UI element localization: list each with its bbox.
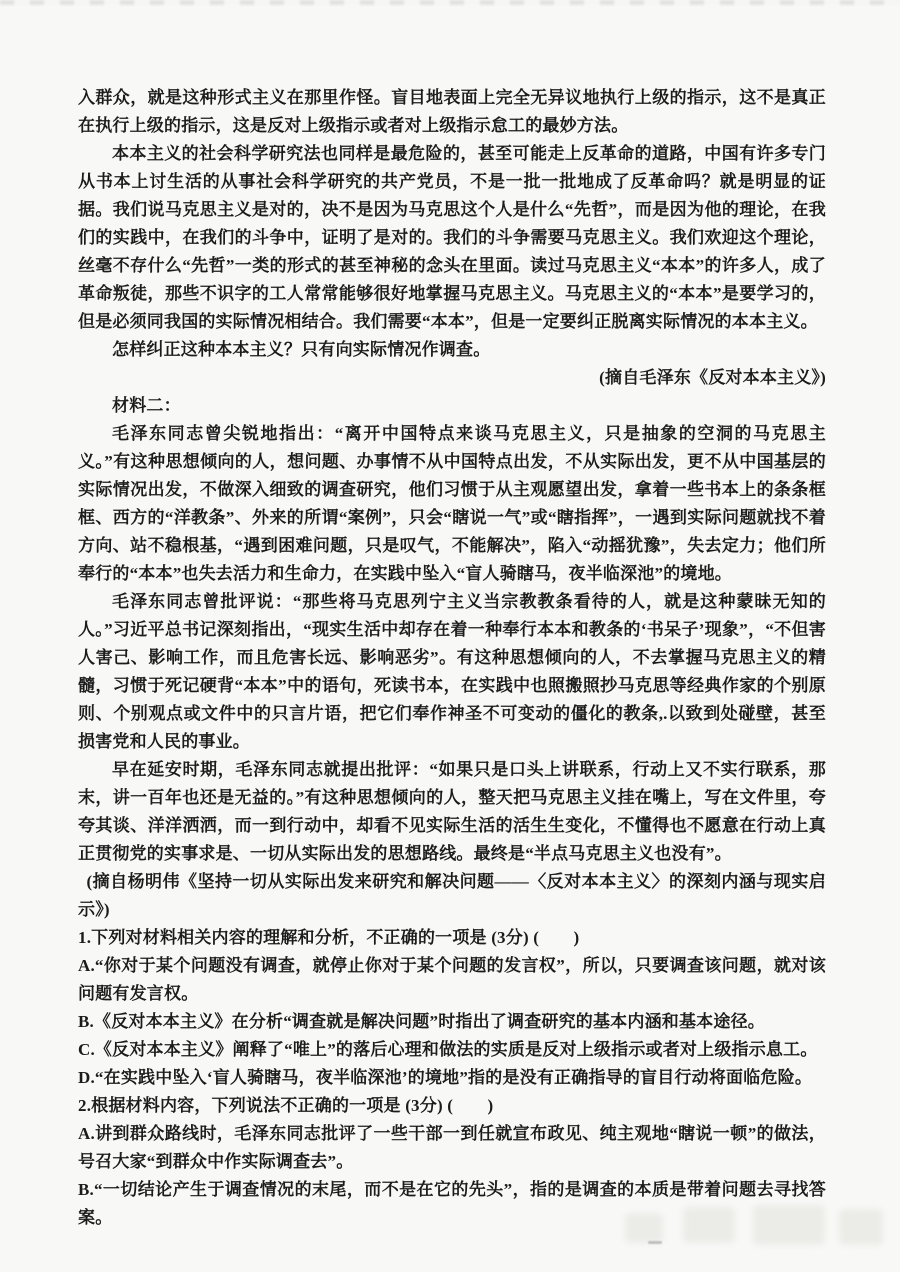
- source-attribution-1: (摘自毛泽东《反对本本主义》): [78, 364, 826, 392]
- paragraph-body: 本本主义的社会科学研究法也同样是最危险的，甚至可能走上反革命的道路，中国有许多专…: [78, 140, 826, 336]
- question-1-option-c: C.《反对本本主义》阐释了“唯上”的落后心理和做法的实质是反对上级指示或者对上级…: [78, 1036, 826, 1064]
- paragraph-body: 早在延安时期，毛泽东同志就提出批评：“如果只是口头上讲联系，行动上又不实行联系，…: [78, 756, 826, 868]
- question-1-option-d: D.“在实践中坠入‘盲人骑瞎马，夜半临深池’的境地”指的是没有正确指导的盲目行动…: [78, 1064, 826, 1092]
- question-2: 2.根据材料内容，下列说法不正确的一项是 (3分) ( ): [78, 1092, 826, 1120]
- paragraph-continuation: 入群众，就是这种形式主义在那里作怪。盲目地表面上完全无异议地执行上级的指示，这不…: [78, 84, 826, 140]
- source-attribution-2: (摘自杨明伟《坚持一切从实际出发来研究和解决问题——〈反对本本主义〉的深刻内涵与…: [78, 868, 826, 924]
- paragraph-body: 毛泽东同志曾尖锐地指出：“离开中国特点来谈马克思主义，只是抽象的空洞的马克思主义…: [78, 420, 826, 588]
- paragraph-body: 怎样纠正这种本本主义？只有向实际情况作调查。: [78, 336, 826, 364]
- question-2-option-b: B.“一切结论产生于调查情况的末尾，而不是在它的先头”，指的是调查的本质是带着问…: [78, 1176, 826, 1232]
- material-2-label: 材料二：: [78, 392, 826, 420]
- paragraph-body: 毛泽东同志曾批评说：“那些将马克思列宁主义当宗教教条看待的人，就是这种蒙昧无知的…: [78, 588, 826, 756]
- document-body: 入群众，就是这种形式主义在那里作怪。盲目地表面上完全无异议地执行上级的指示，这不…: [78, 84, 826, 1232]
- question-1-option-b: B.《反对本本主义》在分析“调查就是解决问题”时指出了调查研究的基本内涵和基本途…: [78, 1008, 826, 1036]
- question-1: 1.下列对材料相关内容的理解和分析，不正确的一项是 (3分) ( ): [78, 924, 826, 952]
- question-2-option-a: A.讲到群众路线时，毛泽东同志批评了一些干部一到任就宣布政见、纯主观地“瞎说一顿…: [78, 1120, 826, 1176]
- question-1-option-a: A.“你对于某个问题没有调查，就停止你对于某个问题的发言权”，所以，只要调查该问…: [78, 952, 826, 1008]
- scanned-exam-page: 入群众，就是这种形式主义在那里作怪。盲目地表面上完全无异议地执行上级的指示，这不…: [0, 0, 900, 1272]
